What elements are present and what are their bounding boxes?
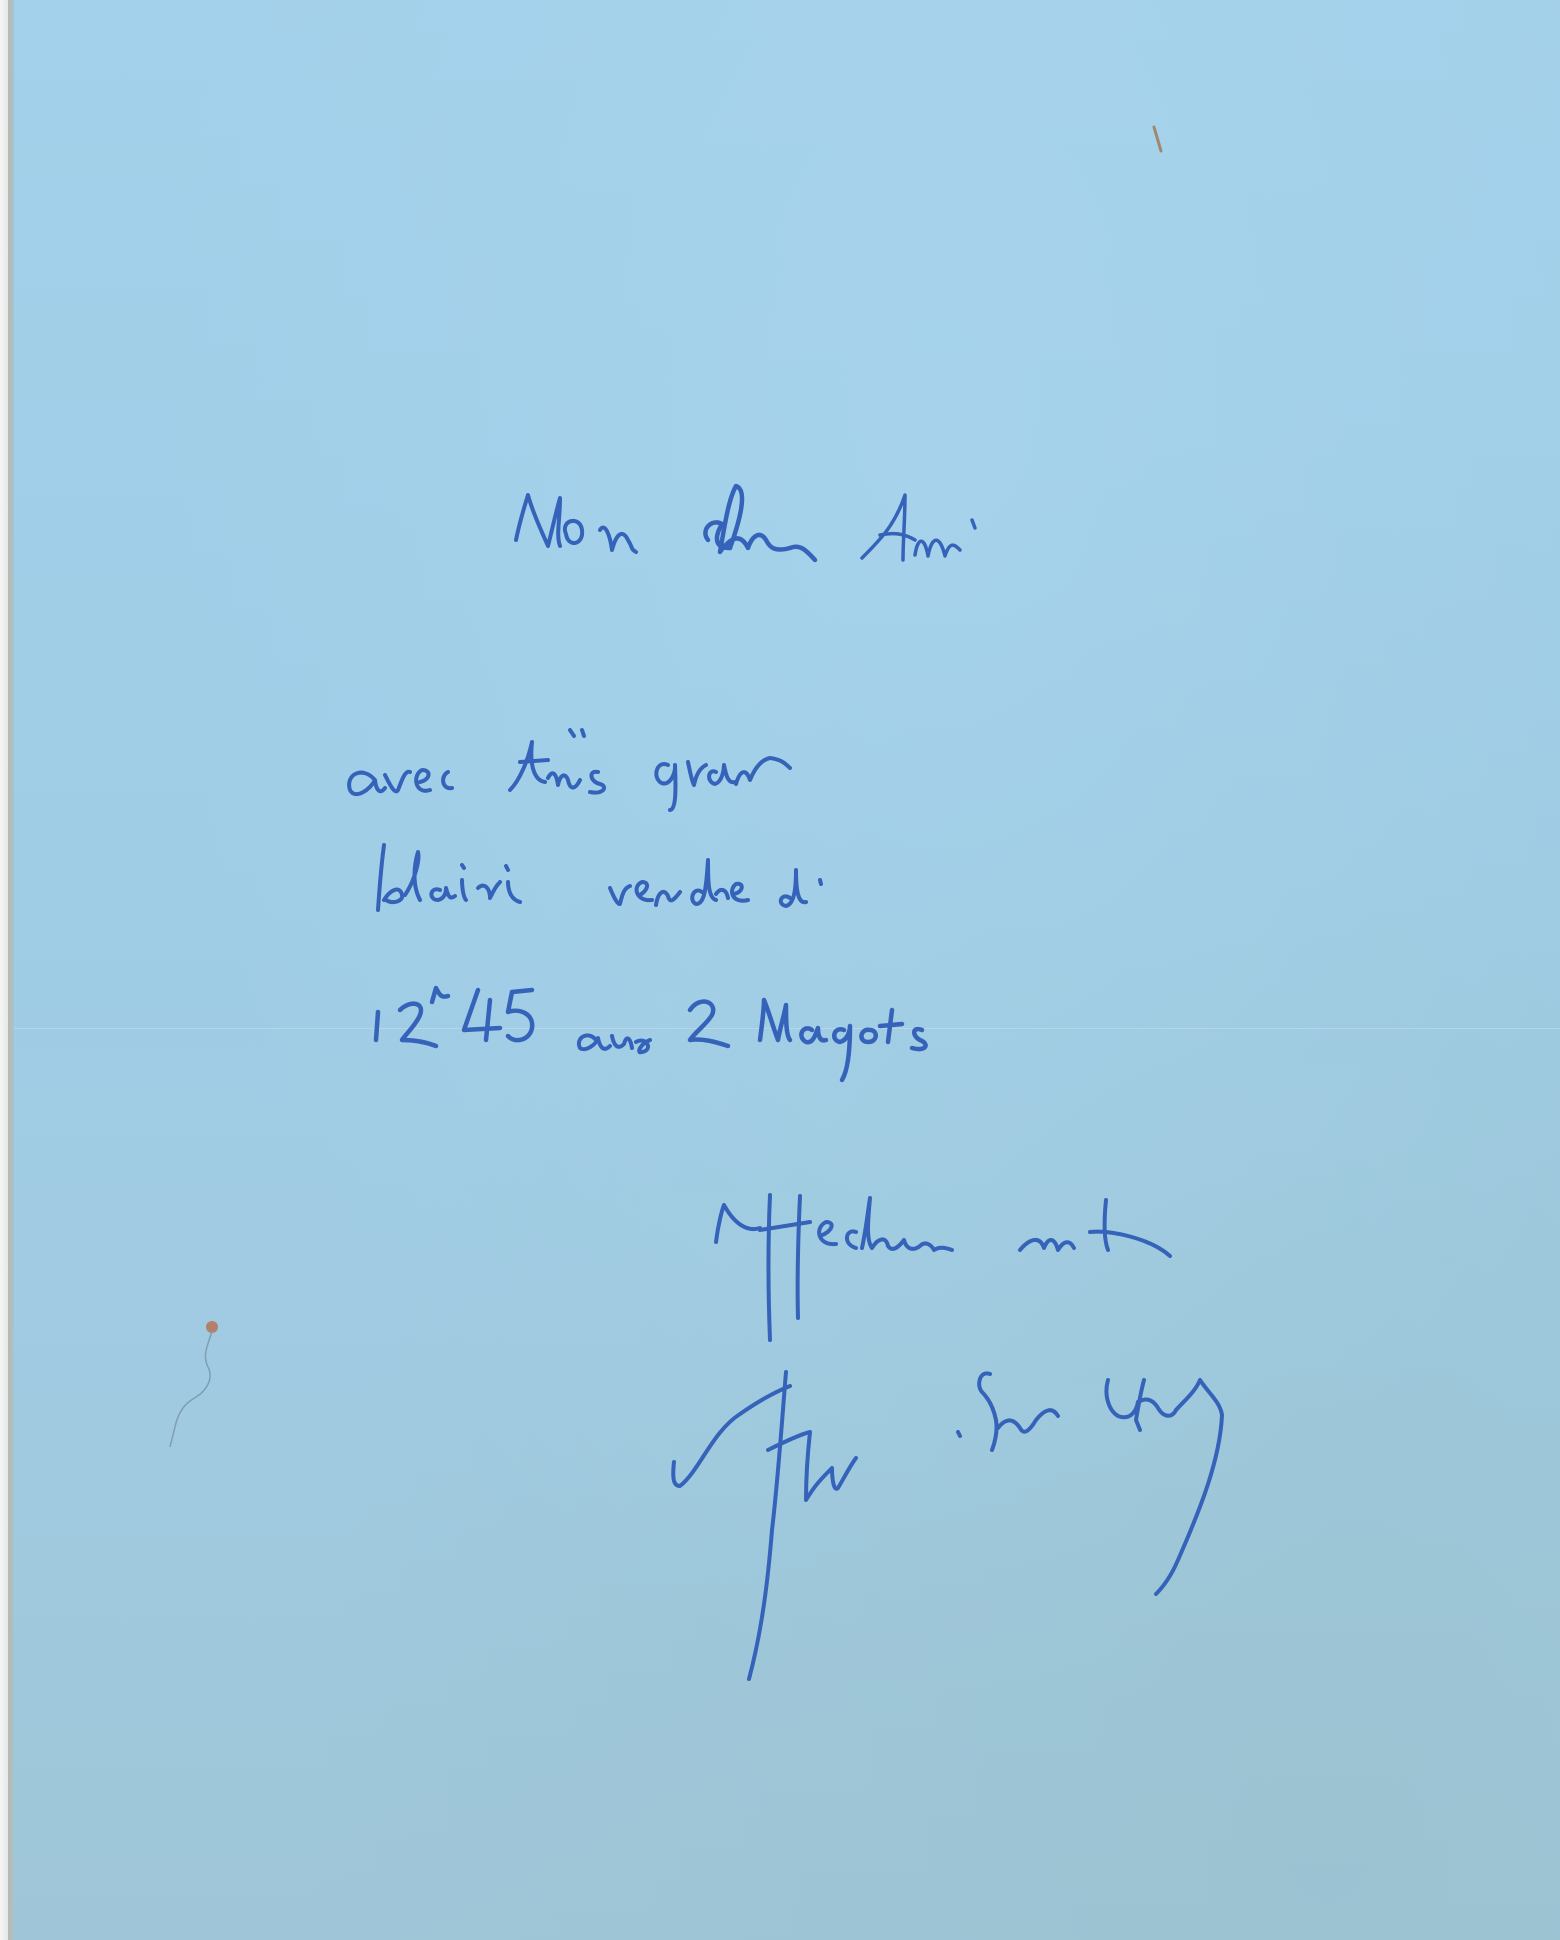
scanned-letter: Mon cher Ami avec très grand plaisir ven…: [0, 0, 1560, 1940]
body-line-3: 12h45 aux 2 Magots: [376, 994, 1023, 1054]
body-line-1: avec très grand: [350, 742, 852, 802]
handwriting-ink: [0, 0, 1560, 1940]
signature-text: André Breton: [674, 1380, 1129, 1445]
salutation: Mon cher Ami: [516, 500, 990, 565]
body-line-2: plaisir vendredi: [378, 858, 889, 918]
closing: Affectueusement: [716, 1200, 1252, 1260]
